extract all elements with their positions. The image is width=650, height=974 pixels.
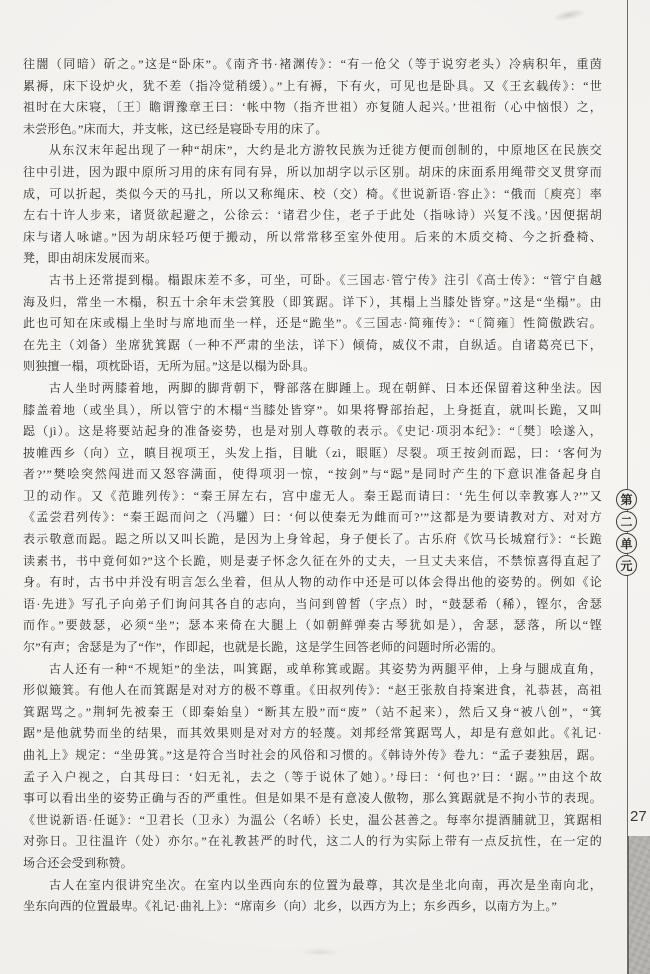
- text-line: 语·先进》写孔子向弟子们询问其各自的志向，当问到曾皙（字点）时，“鼓瑟希（稀），…: [23, 594, 602, 616]
- scan-smudge: [300, 948, 340, 956]
- text-line: 箕踞骂之。”荆轲先被秦王（即秦始皇）“断其左股”而“废”（站不起来），然后又身“…: [23, 702, 602, 724]
- text-line: 坐东向西的位置最卑。《礼记·曲礼上》：“席南乡（向）北乡，以西方为上；东乡西乡，…: [23, 896, 602, 918]
- text-line: 此也可知在床或榻上坐时与席地而坐一样，还是“跪坐”。《三国志·简雍传》：“〔简雍…: [23, 313, 602, 335]
- text-line: 对弥日。卫往温许（处）亦尔。”在礼教甚严的时代，这二人的行为实际上带有一点反抗性…: [23, 831, 602, 853]
- text-line: 读素书，书中竟何如?”这个长跪，则是妻子怀念久征在外的丈夫，一旦丈夫来信，不禁惊…: [23, 551, 602, 573]
- text-line: 跽（jì）。这是将要站起身的准备姿势，也是对别人尊敬的表示。《史记·项羽本纪》：…: [23, 421, 602, 443]
- text-line: 者?’”樊哙突然闯进而又怒容满面，使得项羽一惊，“按剑”与“跽”是同时产生的下意…: [23, 464, 602, 486]
- unit-badge-char: 元: [616, 555, 637, 576]
- text-line: 表示敬意而跽。跽之所以又叫长跪，是因为上身耸起，身子便长了。古乐府《饮马长城窟行…: [23, 529, 602, 551]
- text-line: 祖时在大床寝，〔王〕瞻谓豫章王曰：‘帐中物（指齐世祖）亦复随人起兴。’世祖衔（心…: [23, 97, 602, 119]
- text-line: 往中引进，因为跟中原所习用的床有同有异，所以加胡字以示区别。胡床的床面系用绳带交…: [23, 162, 602, 184]
- unit-badge-char: 单: [616, 533, 637, 554]
- text-line: 从东汉末年起出现了一种“胡床”，大约是北方游牧民族为迁徙方便而创制的，中原地区在…: [23, 140, 602, 162]
- scan-smudge: [551, 7, 586, 24]
- text-line: 尔”有声；舍瑟是为了“作”，作即起，也就是长跪，这是学生回答老师的问题时所必需的…: [23, 637, 602, 659]
- text-line: 披帷西乡（向）立，瞋目视项王，头发上指，目眦（zì，眼眶）尽裂。项王按剑而跽，曰…: [23, 443, 602, 465]
- text-line: 则独擅一榻，项枕卧语，无所为屈。”这是以榻为卧具。: [23, 356, 602, 378]
- text-line: 古人还有一种“不规矩”的坐法，叫箕踞，或单称箕或踞。其姿势为两腿平伸，上身与腿成…: [23, 659, 602, 681]
- text-line: 未尝形色。”床而大，并支帐，这已经是寝卧专用的床了。: [23, 119, 602, 141]
- text-line: 古书上还常提到榻。榻跟床差不多，可坐，可卧。《三国志·管宁传》注引《高士传》：“…: [23, 270, 602, 292]
- text-line: 往闇（同暗）斫之。”这是“卧床”。《南齐书·褚渊传》：“有一伧父（等于说穷老头）…: [23, 54, 602, 76]
- text-line: 在先主（刘备）坐席犹箕踞（一种不严肃的坐法，详下）倾倚，威仪不肃，自纵适。自诸葛…: [23, 335, 602, 357]
- margin-rule: [627, 0, 628, 974]
- unit-badge-char: 第: [616, 489, 637, 510]
- text-line: 孟子入户视之，白其母曰：‘妇无礼，去之（等于说休了她）。’母曰：‘何也?’曰：‘…: [23, 767, 602, 789]
- text-line: 床与诸人咏谑。”因为胡床轻巧便于搬动，所以常常移至室外使用。后来的木质交椅、今之…: [23, 227, 602, 249]
- unit-badge-char: 二: [616, 511, 637, 532]
- margin-gray-block: [628, 836, 650, 974]
- text-line: 场合还会受到称赞。: [23, 853, 602, 875]
- text-line: 凳，即由胡床发展而来。: [23, 248, 602, 270]
- book-page: 往闇（同暗）斫之。”这是“卧床”。《南齐书·褚渊传》：“有一伧父（等于说穷老头）…: [0, 0, 650, 974]
- page-number: 27: [630, 808, 650, 825]
- text-line: 踞”是他就势而坐的结果，而其效果则是对对方的轻蔑。刘邦经常箕踞骂人，却是有意如此…: [23, 723, 602, 745]
- body-text: 往闇（同暗）斫之。”这是“卧床”。《南齐书·褚渊传》：“有一伧父（等于说穷老头）…: [23, 54, 602, 918]
- text-line: 左右十许人步来，诸贤欲起避之，公徐云：‘诸君少住，老子于此处（指咏诗）兴复不浅。…: [23, 205, 602, 227]
- text-line: 古人在室内很讲究坐次。在室内以坐西向东的位置为最尊，其次是坐北向南，再次是坐南向…: [23, 875, 602, 897]
- text-line: 《孟尝君列传》：“秦王跽而问之（冯驩）曰：‘何以使秦无为雌而可?’”这都是为要请…: [23, 507, 602, 529]
- text-line: 卫的动作。又《范雎列传》：“秦王屏左右，宫中虚无人。秦王跽而请曰：‘先生何以幸教…: [23, 486, 602, 508]
- text-line: 膝盖着地（或坐具），所以管宁的木榻“当膝处皆穿”。如果将臀部抬起，上身挺直，就叫…: [23, 400, 602, 422]
- text-line: 事可以看出坐的姿势正确与否的严重性。但是如果不是有意凌人傲物，那么箕踞就是不拘小…: [23, 788, 602, 810]
- text-line: 身。有时，古书中并没有明言怎么坐着，但从人物的动作中还是可以体会得出他的姿势的。…: [23, 572, 602, 594]
- text-line: 《世说新语·任诞》：“卫君长（卫永）为温公（名峤）长史，温公甚善之。每率尔提酒脯…: [23, 810, 602, 832]
- text-line: 曲礼上》规定：“坐毋箕。”这是符合当时社会的风俗和习惯的。《韩诗外传》卷九：“孟…: [23, 745, 602, 767]
- unit-badge: 第二单元: [616, 489, 639, 576]
- text-line: 成，可以折起，类似今天的马扎，所以又称绳床、校（交）椅。《世说新语·容止》：“俄…: [23, 184, 602, 206]
- text-line: 形似簸箕。有他人在而箕踞是对对方的极不尊重。《田叔列传》：“赵王张敖自持案进食，…: [23, 680, 602, 702]
- text-line: 而作。”要鼓瑟，必须“坐”；瑟本来倚在大腿上（如朝鲜弹奏古琴犹如是），舍瑟，瑟落…: [23, 615, 602, 637]
- text-line: 累褥，床下设炉火，犹不差（指冷觉稍缓）。”上有褥，下有火，可见也是卧具。又《王玄…: [23, 76, 602, 98]
- text-line: 海及归，常坐一木榻，积五十余年未尝箕股（即箕踞。详下），其榻上当膝处皆穿。”这是…: [23, 292, 602, 314]
- text-line: 古人坐时两膝着地，两脚的脚背朝下，臀部落在脚踵上。现在朝鲜、日本还保留着这种坐法…: [23, 378, 602, 400]
